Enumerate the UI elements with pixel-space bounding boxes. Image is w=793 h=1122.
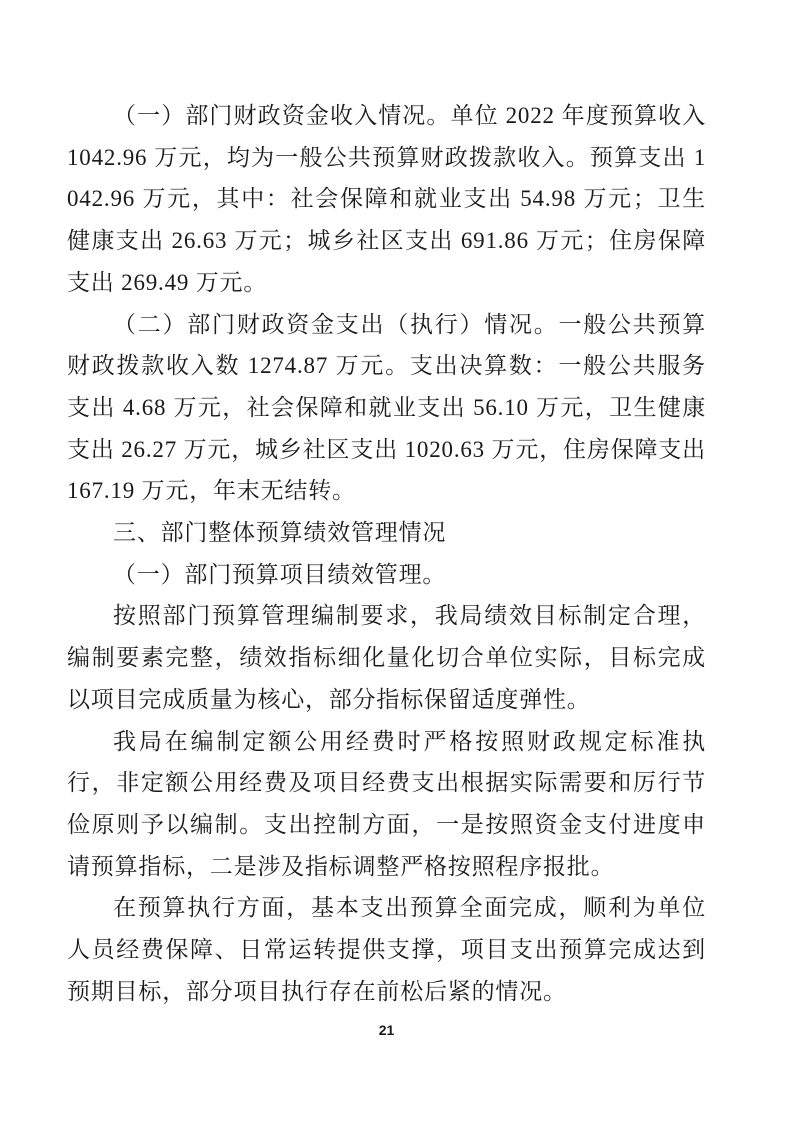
subsection-heading-project-performance: （一）部门预算项目绩效管理。 (67, 554, 706, 596)
page-footer: 21 (67, 1022, 706, 1040)
paragraph-expenditure-execution: （二）部门财政资金支出（执行）情况。一般公共预算财政拨款收入数 1274.87 … (67, 304, 706, 513)
paragraph-budget-execution: 在预算执行方面，基本支出预算全面完成，顺利为单位人员经费保障、日常运转提供支撑，… (67, 887, 706, 1012)
paragraph-budget-compilation: 按照部门预算管理编制要求，我局绩效目标制定合理，编制要素完整，绩效指标细化量化切… (67, 595, 706, 720)
document-page: （一）部门财政资金收入情况。单位 2022 年度预算收入 1042.96 万元，… (0, 0, 793, 1122)
document-body: （一）部门财政资金收入情况。单位 2022 年度预算收入 1042.96 万元，… (67, 95, 706, 1012)
paragraph-expense-control: 我局在编制定额公用经费时严格按照财政规定标准执行，非定额公用经费及项目经费支出根… (67, 721, 706, 888)
paragraph-income-overview: （一）部门财政资金收入情况。单位 2022 年度预算收入 1042.96 万元，… (67, 95, 706, 304)
page-number: 21 (379, 1022, 395, 1038)
section-heading-performance-management: 三、部门整体预算绩效管理情况 (67, 512, 706, 554)
